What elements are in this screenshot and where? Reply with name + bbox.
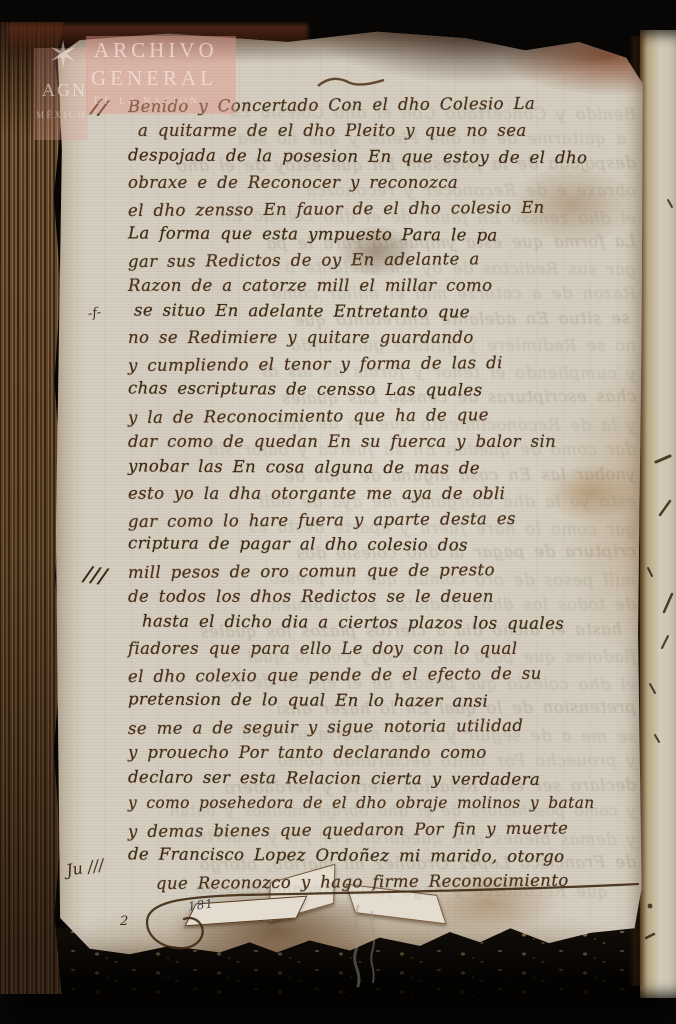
manuscript-line: y cumpliendo el tenor y forma de las di <box>128 349 644 379</box>
facing-page-edge <box>640 30 676 998</box>
manuscript-photo: Benido y Concertado Con el dho Colesio L… <box>0 0 676 1024</box>
manuscript-line: mill pesos de oro comun que de presto <box>128 556 644 586</box>
manuscript-line: de Francisco Lopez Ordoñez mi marido, ot… <box>128 842 644 871</box>
manuscript-line: Razon de a catorze mill el millar como <box>128 273 644 299</box>
manuscript-line: pretension de lo qual En lo hazer ansi <box>128 686 644 715</box>
manuscript-line: despojada de la posesion En que estoy de… <box>128 142 644 171</box>
manuscript-line: gar sus Redictos de oy En adelante a <box>128 245 644 275</box>
manuscript-line: y demas bienes que quedaron Por fin y mu… <box>128 815 644 845</box>
manuscript-line: declaro ser esta Relacion cierta y verda… <box>128 764 644 793</box>
manuscript-line: no se Redimiere y quitare guardando <box>128 325 644 351</box>
manuscript-line: de todos los dhos Redictos se le deuen <box>128 584 644 610</box>
manuscript-line: chas escripturas de censso Las quales <box>128 375 644 404</box>
manuscript-line: se me a de seguir y sigue notoria utilid… <box>128 712 644 742</box>
manuscript-line: y prouecho Por tanto declarando como <box>128 740 644 766</box>
manuscript-line: el dho colexio que pende de el efecto de… <box>128 660 644 690</box>
torn-page-stubs <box>0 22 64 994</box>
manuscript-line: hasta el dicho dia a ciertos plazos los … <box>142 609 644 638</box>
manuscript-line: criptura de pagar al dho colesio dos <box>128 531 644 560</box>
manuscript-line: y la de Reconocimiento que ha de que <box>128 401 644 431</box>
ink-text: Benido y Concertado Con el dho Colesio L… <box>128 92 644 895</box>
manuscript-line: a quitarme de el dho Pleito y que no sea <box>138 118 644 144</box>
manuscript-line: que Reconozco y hago firme Reconocimient… <box>156 867 644 897</box>
manuscript-line: esto yo la dha otorgante me aya de obli <box>128 481 644 507</box>
manuscript-line: Benido y Concertado Con el dho Colesio L… <box>128 90 644 120</box>
manuscript-line: se situo En adelante Entretanto que <box>134 298 644 327</box>
manuscript-line: dar como de quedan En su fuerca y balor … <box>128 429 644 455</box>
manuscript-line: ynobar las En cosa alguna de mas de <box>128 453 644 482</box>
manuscript-line: el dho zensso En fauor de el dho colesio… <box>128 194 644 224</box>
manuscript-line: obraxe e de Reconocer y reconozca <box>128 170 644 196</box>
margin-mark: /// <box>82 561 108 589</box>
margin-mark: 2 <box>120 914 128 929</box>
manuscript-line: fiadores que para ello Le doy con lo qua… <box>128 636 644 662</box>
manuscript-line: y como posehedora de el dho obraje molin… <box>128 791 644 817</box>
margin-mark: -f- <box>87 305 102 322</box>
